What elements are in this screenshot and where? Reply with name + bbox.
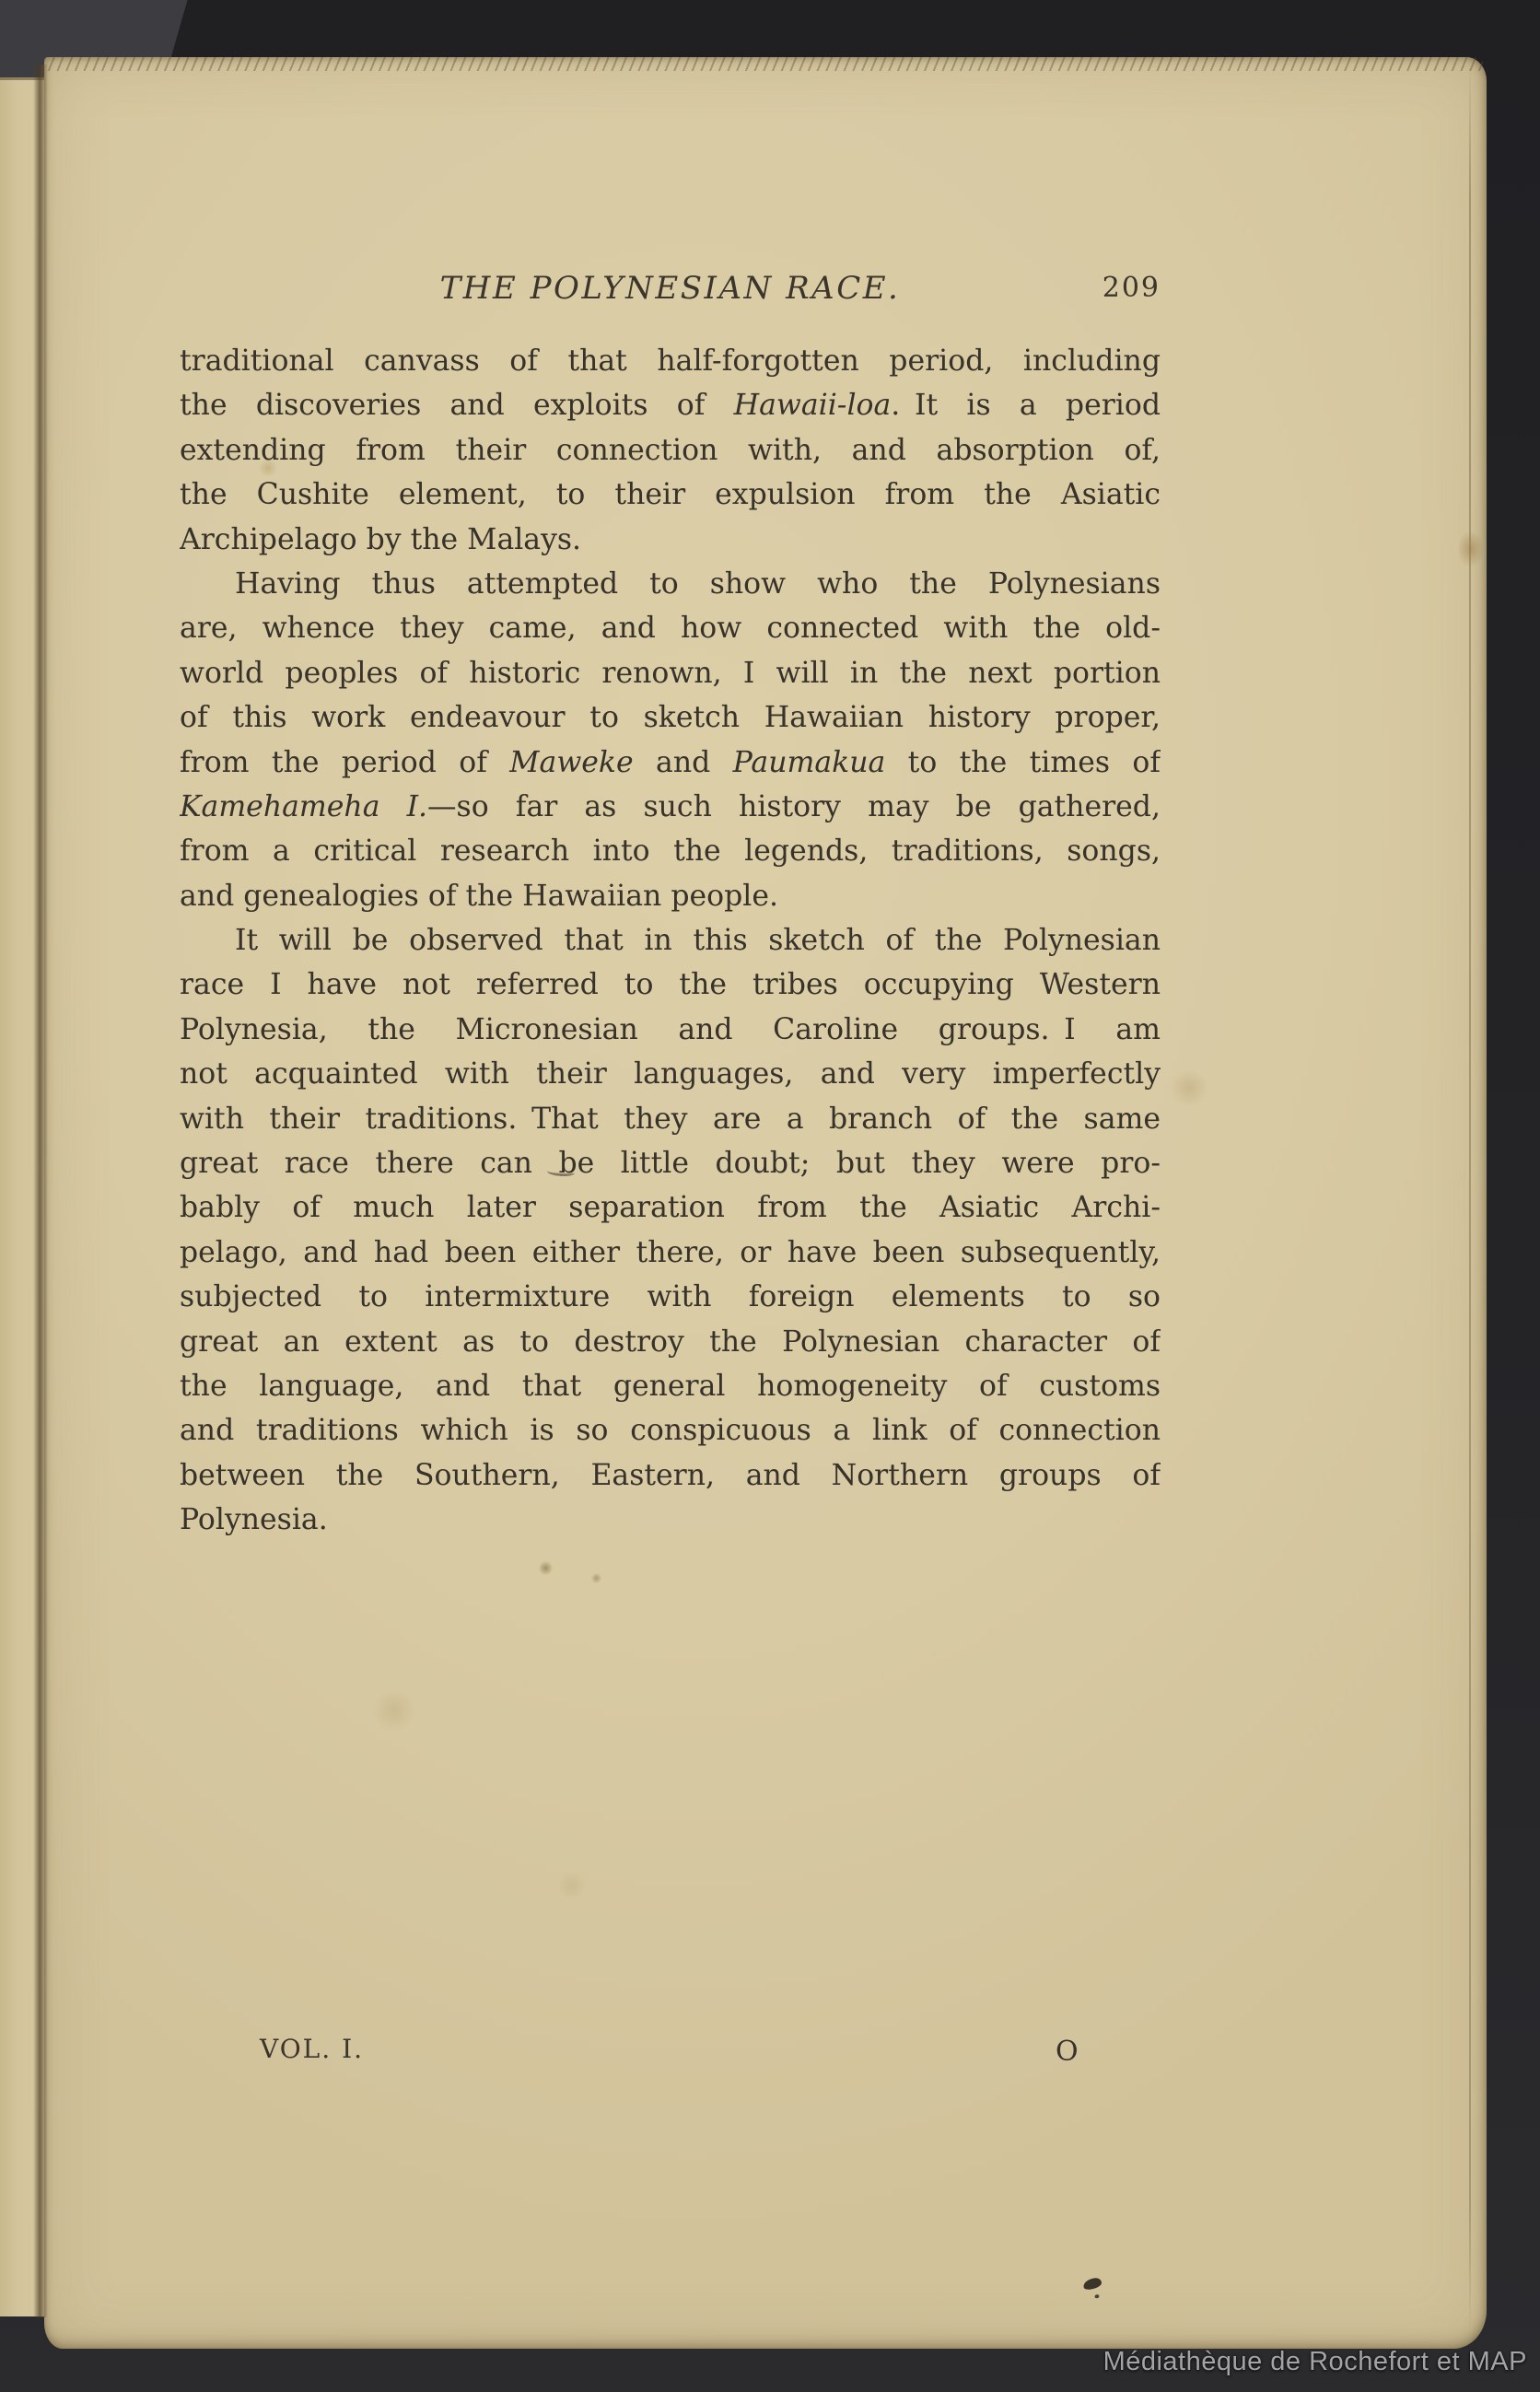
text-line: Polynesia.: [180, 1498, 1161, 1542]
text-line: great race there can be little doubt; bu…: [180, 1141, 1161, 1185]
text-line: Having thus attempted to show who the Po…: [180, 562, 1161, 606]
text-line: Polynesia, the Micronesian and Caroline …: [180, 1008, 1161, 1052]
page-crease: [1469, 64, 1471, 2330]
text-line: with their traditions. That they are a b…: [180, 1097, 1161, 1141]
paragraph: traditional canvass of that half-forgott…: [180, 339, 1161, 562]
stain: [539, 1561, 553, 1575]
text-line: from a critical research into the legend…: [180, 829, 1161, 873]
text-line: Archipelago by the Malays.: [180, 518, 1161, 562]
stain: [591, 1573, 601, 1583]
volume-label: VOL. I.: [260, 2034, 364, 2064]
ink-blot: [1082, 2277, 1102, 2292]
text-line: are, whence they came, and how connected…: [180, 606, 1161, 650]
running-head-title: THE POLYNESIAN RACE.: [180, 265, 1161, 311]
text-line: the discoveries and exploits of Hawaii-l…: [180, 383, 1161, 427]
text-line: between the Southern, Eastern, and North…: [180, 1453, 1161, 1498]
running-header: THE POLYNESIAN RACE. 209: [180, 265, 1161, 311]
paragraph: Having thus attempted to show who the Po…: [180, 562, 1161, 918]
deckle-edge: [44, 57, 1487, 71]
text-line: Kamehameha I.—so far as such history may…: [180, 785, 1161, 829]
text-line: extending from their connection with, an…: [180, 428, 1161, 473]
stain: [557, 1871, 587, 1900]
text-line: the Cushite element, to their expulsion …: [180, 473, 1161, 517]
scanned-book-page: THE POLYNESIAN RACE. 209 traditional can…: [0, 0, 1540, 2392]
text-line: of this work endeavour to sketch Hawaiia…: [180, 695, 1161, 740]
stain: [1170, 1068, 1208, 1107]
text-line: race I have not referred to the tribes o…: [180, 963, 1161, 1007]
text-line: great an extent as to destroy the Polyne…: [180, 1320, 1161, 1364]
signature-mark: O: [1056, 2036, 1079, 2068]
page-number: 209: [1102, 265, 1161, 311]
text-line: not acquainted with their languages, and…: [180, 1052, 1161, 1096]
text-line: and traditions which is so conspicuous a…: [180, 1408, 1161, 1453]
text-line: the language, and that general homogenei…: [180, 1364, 1161, 1408]
text-line: traditional canvass of that half-forgott…: [180, 339, 1161, 383]
gutter-shadow: [33, 64, 48, 2317]
text-line: world peoples of historic renown, I will…: [180, 651, 1161, 695]
book-page: THE POLYNESIAN RACE. 209 traditional can…: [44, 57, 1487, 2349]
text-line: It will be observed that in this sketch …: [180, 918, 1161, 963]
body-text: traditional canvass of that half-forgott…: [180, 339, 1161, 1543]
stain: [1457, 531, 1485, 567]
paragraph: It will be observed that in this sketch …: [180, 918, 1161, 1542]
library-watermark: Médiathèque de Rochefort et MAP: [1103, 2347, 1527, 2377]
text-line: from the period of Maweke and Paumakua t…: [180, 741, 1161, 785]
stain: [373, 1689, 415, 1732]
text-line: and genealogies of the Hawaiian people.: [180, 874, 1161, 918]
text-line: subjected to intermixture with foreign e…: [180, 1275, 1161, 1319]
text-line: pelago, and had been either there, or ha…: [180, 1231, 1161, 1275]
text-line: bably of much later separation from the …: [180, 1185, 1161, 1230]
